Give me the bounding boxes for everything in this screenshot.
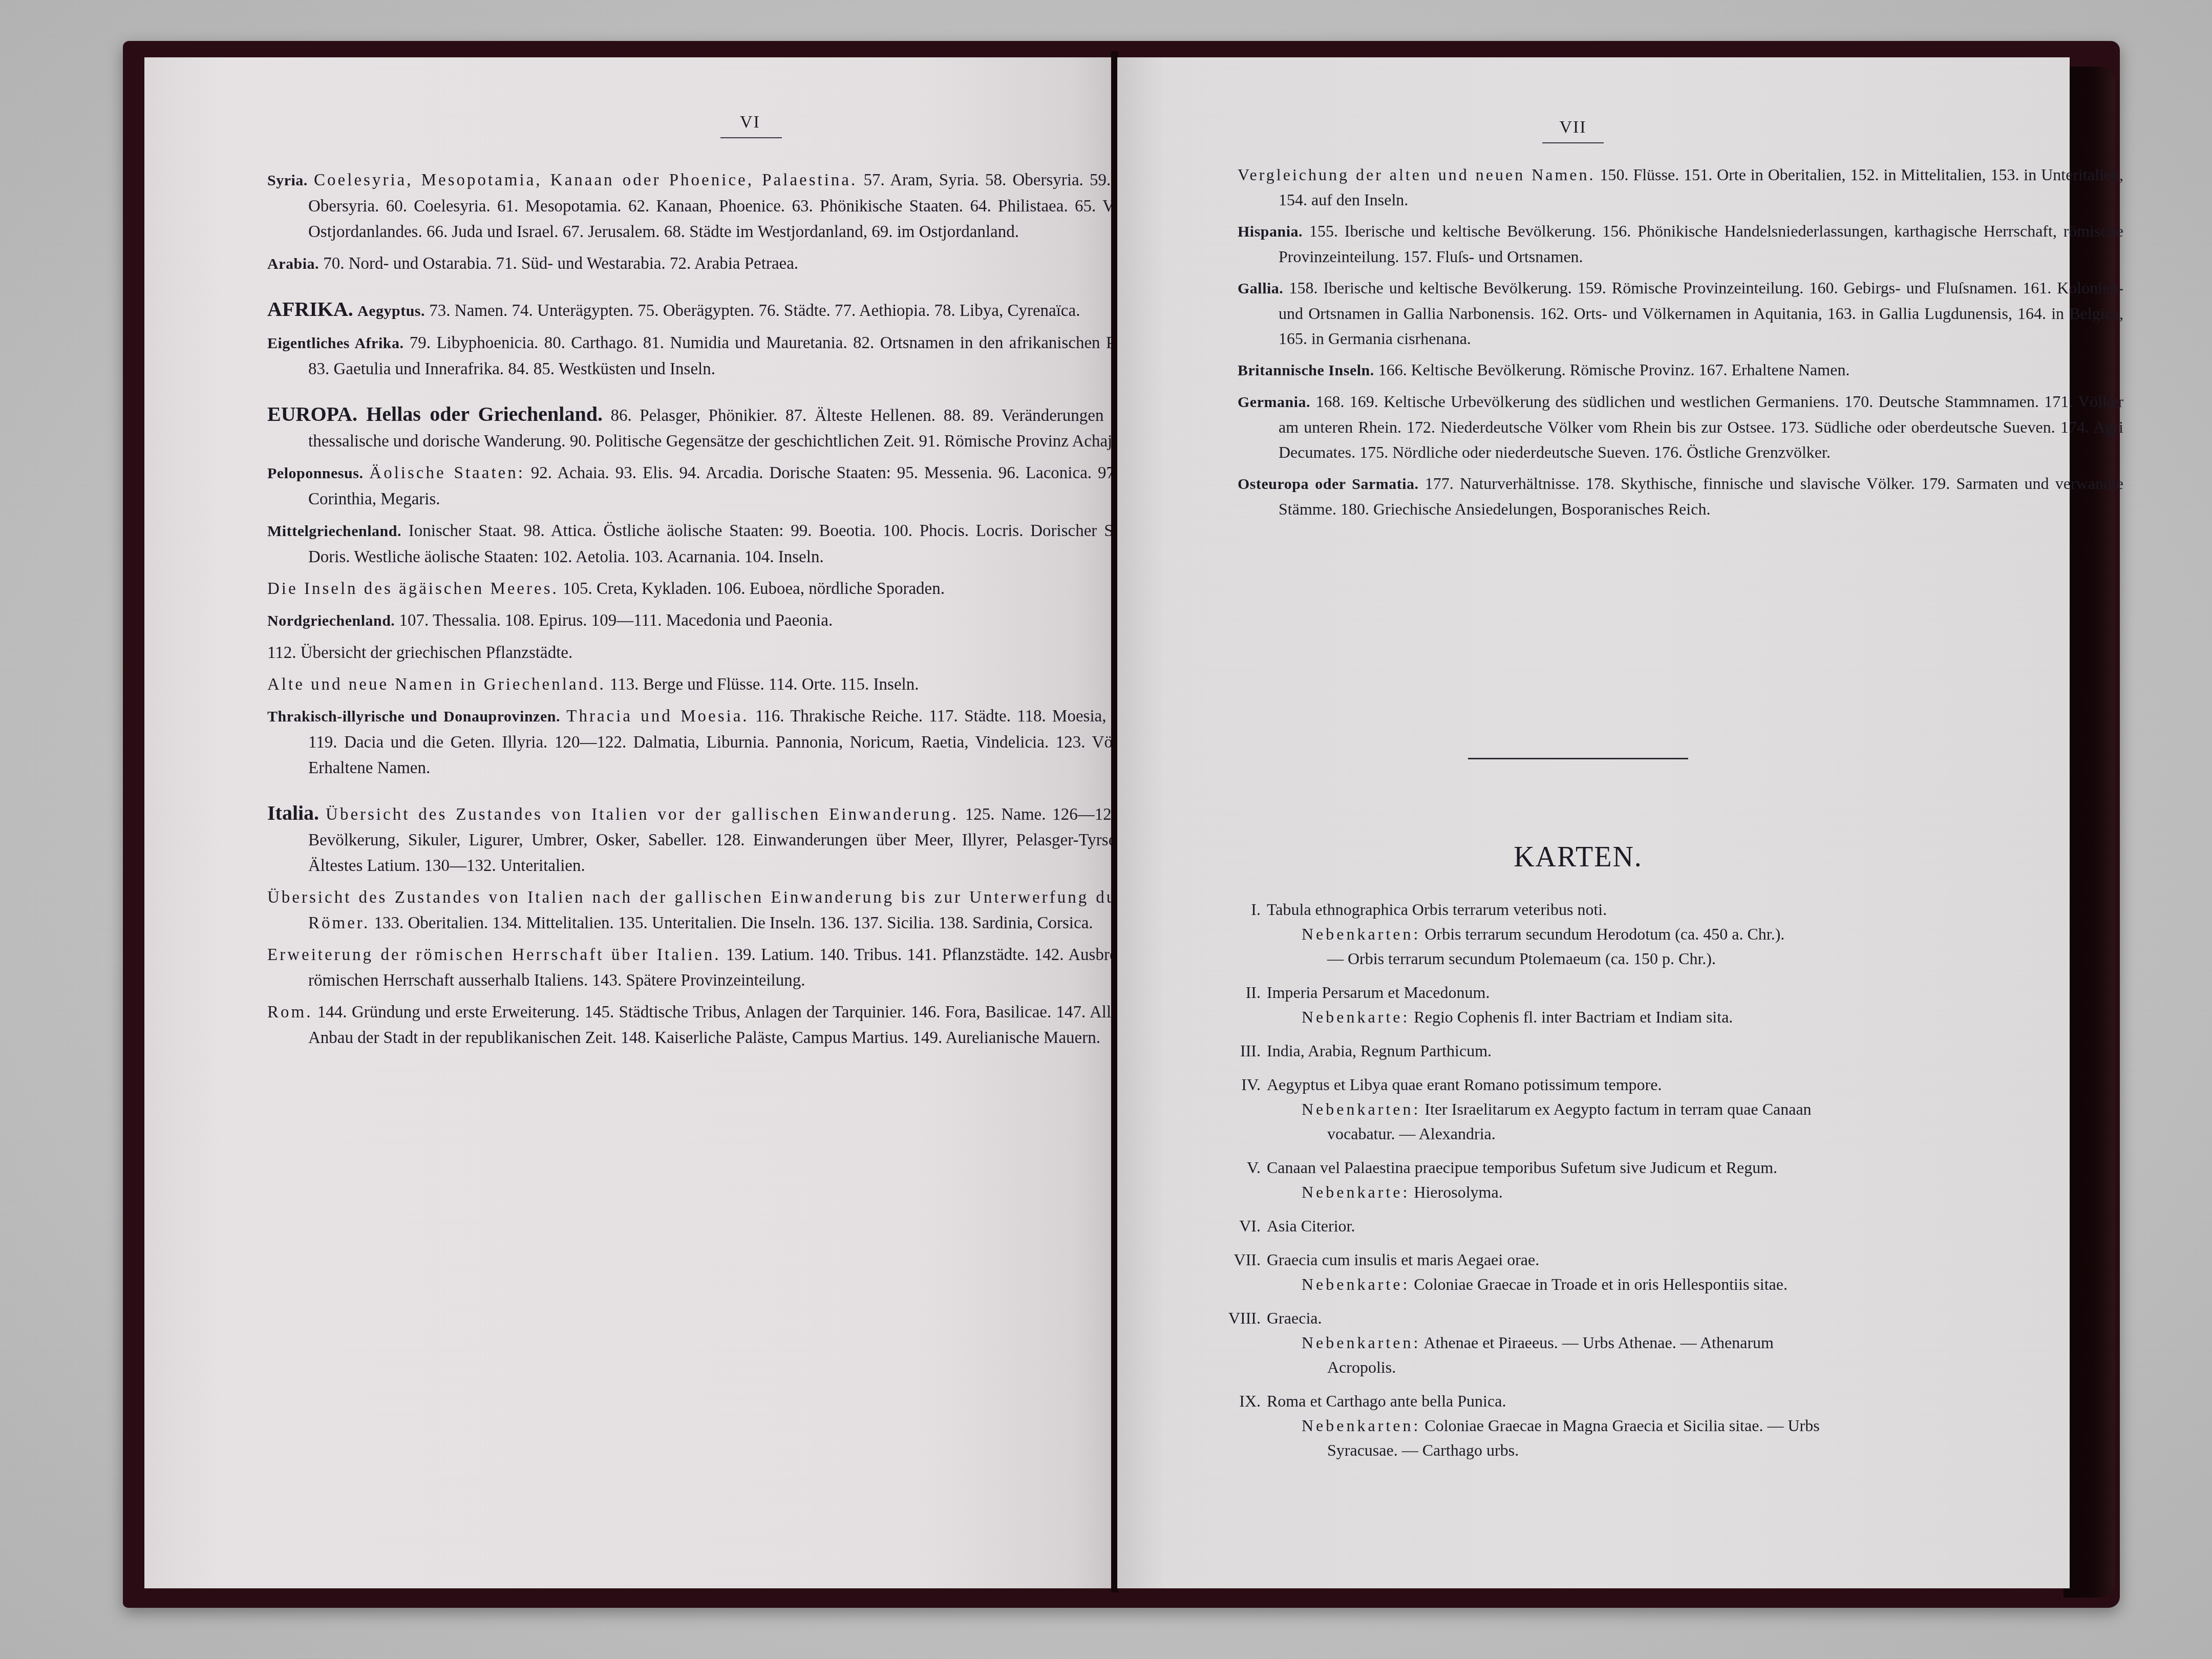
toc-entry: Osteuropa oder Sarmatia. 177. Naturverhä… [1238,471,2123,522]
subsection-heading: Syria. [267,172,308,189]
map-title-row: VI.Asia Citerior. [1209,1214,2049,1238]
map-number: I. [1209,897,1267,922]
inset-maps-label: Nebenkarte: [1302,1183,1410,1201]
inset-maps-text: Coloniae Graecae in Magna Graecia et Sic… [1424,1416,1819,1435]
topic-label: Äolische Staaten: [369,464,525,482]
section-heading: EUROPA. Hellas oder Griechenland. [267,402,603,426]
subsection-heading: Mittelgriechenland. [267,523,401,540]
map-title-row: VII.Graecia cum insulis et maris Aegaei … [1209,1247,2049,1272]
map-number: VI. [1209,1214,1267,1238]
subsection-heading: Thrakisch-illyrische und Donauprovinzen. [267,708,560,725]
map-title-row: II.Imperia Persarum et Macedonum. [1209,980,2049,1005]
map-number: III. [1209,1038,1267,1063]
map-title: Aegyptus et Libya quae erant Romano poti… [1267,1072,2049,1097]
toc-entry: Mittelgriechenland. Ionischer Staat. 98.… [267,518,1179,570]
inset-maps-label: Nebenkarten: [1302,1100,1420,1118]
map-entry: V.Canaan vel Palaestina praecipue tempor… [1209,1155,2049,1204]
folio-rule [1542,142,1604,143]
toc-entry: 112. Übersicht der griechischen Pflanzst… [267,640,1179,666]
toc-entry: Gallia. 158. Iberische und keltische Bev… [1238,275,2123,351]
entry-text: Ionischer Staat. 98. Attica. Östliche äo… [308,522,1179,566]
toc-entry: Nordgriechenland. 107. Thessalia. 108. E… [267,608,1179,634]
inset-maps-continued: — Orbis terrarum secundum Ptolemaeum (ca… [1209,946,2049,971]
entry-text: 144. Gründung und erste Erweiterung. 145… [308,1003,1179,1047]
entry-text: 155. Iberische und keltische Bevölkerung… [1279,222,2123,266]
map-title-row: I.Tabula ethnographica Orbis terrarum ve… [1209,897,2049,922]
map-title-row: IX.Roma et Carthago ante bella Punica. [1209,1389,2049,1413]
toc-entry: Hispania. 155. Iberische und keltische B… [1238,219,2123,269]
inset-maps-text: Orbis terrarum secundum Herodotum (ca. 4… [1424,925,1784,943]
subsection-heading: Aegyptus. [357,303,425,320]
map-number: IV. [1209,1072,1267,1097]
map-entry: IX.Roma et Carthago ante bella Punica.Ne… [1209,1389,2049,1462]
entry-text: 70. Nord- und Ostarabia. 71. Süd- und We… [323,254,798,273]
toc-entry: Germania. 168. 169. Keltische Urbevölker… [1238,389,2123,465]
inset-maps-text: Athenae et Piraeeus. — Urbs Athenae. — A… [1424,1333,1774,1352]
subsection-heading: Peloponnesus. [267,465,363,482]
inset-maps-label: Nebenkarten: [1302,1416,1420,1435]
map-title-row: IV.Aegyptus et Libya quae erant Romano p… [1209,1072,2049,1097]
inset-maps: Nebenkarte: Regio Cophenis fl. inter Bac… [1209,1005,2049,1029]
map-entry: VII.Graecia cum insulis et maris Aegaei … [1209,1247,2049,1296]
inset-maps: Nebenkarten: Iter Israelitarum ex Aegypt… [1209,1097,2049,1121]
map-title-row: III.India, Arabia, Regnum Parthicum. [1209,1038,2049,1063]
map-number: IX. [1209,1389,1267,1413]
subsection-heading: Gallia. [1238,280,1283,297]
topic-label: Alte und neue Namen in Griechenland. [267,675,606,694]
toc-entry: EUROPA. Hellas oder Griechenland. 86. Pe… [267,401,1179,454]
map-entry: I.Tabula ethnographica Orbis terrarum ve… [1209,897,2049,971]
entry-text: 166. Keltische Bevölkerung. Römische Pro… [1378,360,1850,379]
map-title: Imperia Persarum et Macedonum. [1267,980,2049,1005]
page-number: VI [699,113,801,132]
map-entry: II.Imperia Persarum et Macedonum.Nebenka… [1209,980,2049,1029]
subsection-heading: Arabia. [267,256,319,272]
map-entry: VIII.Graecia.Nebenkarten: Athenae et Pir… [1209,1306,2049,1379]
map-title-row: V.Canaan vel Palaestina praecipue tempor… [1209,1155,2049,1180]
toc-entry: Rom. 144. Gründung und erste Erweiterung… [267,999,1179,1051]
inset-maps-text: Iter Israelitarum ex Aegypto factum in t… [1424,1100,1811,1118]
inset-maps-text: Regio Cophenis fl. inter Bactriam et Ind… [1414,1008,1733,1026]
entry-text: 105. Creta, Kykladen. 106. Euboea, nördl… [563,580,945,598]
section-heading: Italia. [267,801,319,824]
subsection-heading: Hispania. [1238,223,1303,240]
toc-entry: Italia. Übersicht des Zustandes von Ital… [267,800,1179,879]
inset-maps-label: Nebenkarte: [1302,1008,1410,1026]
toc-entry: Erweiterung der römischen Herrschaft übe… [267,942,1179,993]
subsection-heading: Eigentliches Afrika. [267,335,403,352]
entry-text: 73. Namen. 74. Unterägypten. 75. Oberägy… [429,302,1080,320]
map-title-row: VIII.Graecia. [1209,1306,2049,1330]
toc-entry: Syria. Coelesyria, Mesopotamia, Kanaan o… [267,167,1179,245]
entry-text: 158. Iberische und keltische Bevölkerung… [1279,279,2123,348]
toc-entry: Britannische Inseln. 166. Keltische Bevö… [1238,357,2123,383]
table-of-contents-right: Vergleichung der alten und neuen Namen. … [1238,162,2123,528]
inset-maps-text: Hierosolyma. [1414,1183,1502,1201]
inset-maps-label: Nebenkarte: [1302,1275,1410,1293]
maps-list: I.Tabula ethnographica Orbis terrarum ve… [1209,897,2049,1472]
inset-maps: Nebenkarte: Coloniae Graecae in Troade e… [1209,1272,2049,1296]
karten-heading: KARTEN. [1424,841,1732,874]
left-page: VI Syria. Coelesyria, Mesopotamia, Kanaa… [144,57,1114,1588]
inset-maps: Nebenkarten: Athenae et Piraeeus. — Urbs… [1209,1330,2049,1355]
topic-label: Rom. [267,1003,312,1022]
subsection-heading: Germania. [1238,394,1310,411]
right-page: VII Vergleichung der alten und neuen Nam… [1117,57,2070,1588]
folio-rule [720,137,782,138]
inset-maps-label: Nebenkarten: [1302,1333,1420,1352]
topic-label: Thracia und Moesia. [566,707,749,726]
section-divider [1468,758,1688,759]
map-title: Roma et Carthago ante bella Punica. [1267,1389,2049,1413]
page-number: VII [1522,118,1624,137]
inset-maps-text: Coloniae Graecae in Troade et in oris He… [1414,1275,1788,1293]
map-number: VII. [1209,1247,1267,1272]
map-title: Canaan vel Palaestina praecipue temporib… [1267,1155,2049,1180]
map-title: Asia Citerior. [1267,1214,2049,1238]
toc-entry: Eigentliches Afrika. 79. Libyphoenicia. … [267,330,1179,382]
toc-entry: Übersicht des Zustandes von Italien nach… [267,885,1179,936]
toc-entry: Vergleichung der alten und neuen Namen. … [1238,162,2123,212]
inset-maps: Nebenkarten: Coloniae Graecae in Magna G… [1209,1413,2049,1438]
topic-label: Vergleichung der alten und neuen Namen. [1238,165,1596,184]
subsection-heading: Nordgriechenland. [267,612,395,629]
topic-label: Die Inseln des ägäischen Meeres. [267,580,559,598]
toc-entry: Thrakisch-illyrische und Donauprovinzen.… [267,704,1179,781]
entry-text: 107. Thessalia. 108. Epirus. 109—111. Ma… [399,611,833,630]
map-title: Graecia cum insulis et maris Aegaei orae… [1267,1247,2049,1272]
inset-maps-continued: Acropolis. [1209,1355,2049,1379]
toc-entry: Peloponnesus. Äolische Staaten: 92. Acha… [267,460,1179,512]
map-number: II. [1209,980,1267,1005]
topic-label: Übersicht des Zustandes von Italien vor … [326,805,959,824]
inset-maps: Nebenkarten: Orbis terrarum secundum Her… [1209,922,2049,946]
map-number: VIII. [1209,1306,1267,1330]
map-title: Graecia. [1267,1306,2049,1330]
entry-text: 133. Oberitalien. 134. Mittelitalien. 13… [374,914,1093,932]
toc-entry: Alte und neue Namen in Griechenland. 113… [267,672,1179,697]
map-number: V. [1209,1155,1267,1180]
entry-text: 168. 169. Keltische Urbevölkerung des sü… [1279,392,2123,461]
map-entry: III.India, Arabia, Regnum Parthicum. [1209,1038,2049,1063]
topic-label: Erweiterung der römischen Herrschaft übe… [267,946,721,964]
inset-maps-label: Nebenkarten: [1302,925,1420,943]
entry-text: 113. Berge und Flüsse. 114. Orte. 115. I… [610,675,919,694]
inset-maps-continued: Syracusae. — Carthago urbs. [1209,1438,2049,1462]
toc-entry: AFRIKA. Aegyptus. 73. Namen. 74. Unteräg… [267,296,1179,324]
table-of-contents-left: Syria. Coelesyria, Mesopotamia, Kanaan o… [267,167,1179,1057]
inset-maps-continued: vocabatur. — Alexandria. [1209,1121,2049,1146]
entry-text: 79. Libyphoenicia. 80. Carthago. 81. Num… [308,334,1179,378]
toc-entry: Arabia. 70. Nord- und Ostarabia. 71. Süd… [267,251,1179,277]
entry-text: 112. Übersicht der griechischen Pflanzst… [267,644,572,662]
subsection-heading: Britannische Inseln. [1238,362,1374,379]
toc-entry: Die Inseln des ägäischen Meeres. 105. Cr… [267,576,1179,602]
map-title: Tabula ethnographica Orbis terrarum vete… [1267,897,2049,922]
inset-maps: Nebenkarte: Hierosolyma. [1209,1180,2049,1204]
section-heading: AFRIKA. [267,297,353,321]
subsection-heading: Osteuropa oder Sarmatia. [1238,476,1419,493]
map-entry: IV.Aegyptus et Libya quae erant Romano p… [1209,1072,2049,1146]
map-entry: VI.Asia Citerior. [1209,1214,2049,1238]
topic-label: Coelesyria, Mesopotamia, Kanaan oder Pho… [314,171,857,189]
map-title: India, Arabia, Regnum Parthicum. [1267,1038,2049,1063]
